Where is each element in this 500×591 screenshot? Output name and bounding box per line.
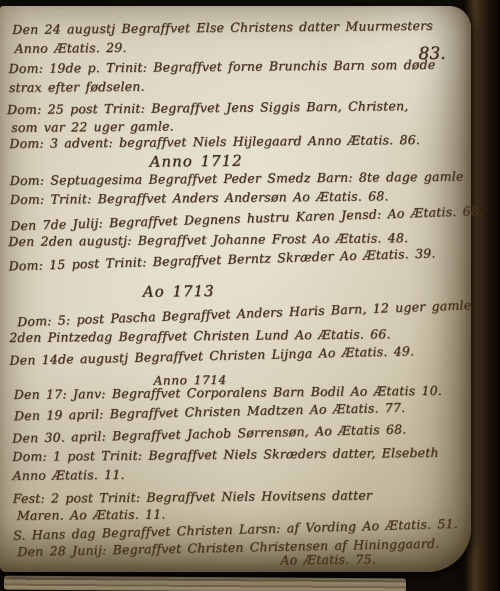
register-entry-line: Dom: 19de p. Trinit: Begraffvet forne Br… <box>9 57 436 76</box>
register-entry-line: Den 14de augustj Begraffvet Christen Lij… <box>9 343 414 368</box>
book-page-edges <box>4 576 406 591</box>
register-entry-line: Den 7de Julij: Begraffvet Degnens hustru… <box>10 203 483 233</box>
register-entry-line: Den 24 augustj Begraffvet Else Christens… <box>12 18 433 37</box>
register-entry-line: Dom: 1 post Trinit: Begraffvet Niels Skr… <box>12 445 438 464</box>
register-entry-line: Dom: Trinit: Begraffvet Anders Andersøn … <box>10 188 389 207</box>
register-entry-line: Anno Ætatis. 11. <box>12 467 124 483</box>
register-entry-line: Dom: 25 post Trinit: Begraffvet Jens Sig… <box>7 98 408 117</box>
year-heading-1712: Anno 1712 <box>149 152 242 171</box>
register-entry-line: Ao Ætatis. 75. <box>280 551 376 567</box>
scanned-book-photo: 83. Den 24 augustj Begraffvet Else Chris… <box>0 0 500 591</box>
register-entry-line: Dom: 15 post Trinit: Begraffvet Berntz S… <box>8 245 435 273</box>
register-entry-line: Anno Ætatis. 29. <box>14 40 126 56</box>
year-heading-1713: Ao 1713 <box>143 282 215 301</box>
register-entry-line: 2den Pintzedag Begraffvet Christen Lund … <box>9 326 391 345</box>
register-entry-line: Dom: Septuagesima Begraffvet Peder Smedz… <box>10 169 464 188</box>
register-entry-line: Maren. Ao Ætatis. 11. <box>17 506 166 522</box>
register-entry-line: strax efter fødselen. <box>9 79 145 95</box>
register-entry-line: som var 22 uger gamle. <box>11 118 174 135</box>
register-entry-line: Den 17: Janv: Begraffvet Corporalens Bar… <box>14 383 442 402</box>
register-entry-line: Fest: 2 post Trinit: Begraffvet Niels Ho… <box>13 487 372 505</box>
register-entry-line: Den 30. april: Begraffvet Jachob Sørrens… <box>12 421 407 445</box>
register-entry-line: Dom: 3 advent: begraffvet Niels Hijlegaa… <box>9 132 420 151</box>
handwriting-layer: 83. Den 24 augustj Begraffvet Else Chris… <box>0 1 476 571</box>
register-entry-line: Den 2den augustj: Begraffvet Johanne Fro… <box>8 230 408 249</box>
register-entry-line: Den 19 april: Begraffvet Christen Madtze… <box>14 400 406 424</box>
manuscript-page: 83. Den 24 augustj Begraffvet Else Chris… <box>0 6 471 572</box>
register-entry-line: Dom: 5: post Pascha Begraffvet Anders Ha… <box>17 297 472 329</box>
